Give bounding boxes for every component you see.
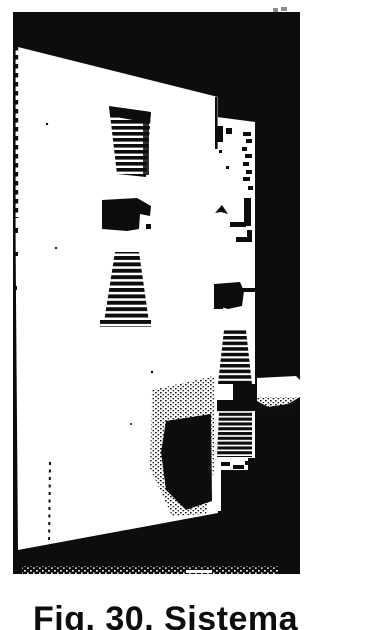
strip-side-sliver bbox=[216, 455, 221, 511]
insulator-right-upper bbox=[218, 330, 252, 384]
background-highlight-patch bbox=[257, 376, 300, 410]
photo-bottom-grain bbox=[22, 566, 278, 574]
figure-photo bbox=[0, 0, 374, 630]
scan-artifacts bbox=[273, 7, 287, 12]
figure-caption: Fig. 30. Sistema bbox=[33, 602, 298, 630]
insulator-right-lower bbox=[217, 411, 252, 457]
page: { "figure": { "caption": "Fig. 30. Siste… bbox=[0, 0, 374, 630]
document-page: Fig. 30. Sistema bbox=[0, 0, 374, 630]
